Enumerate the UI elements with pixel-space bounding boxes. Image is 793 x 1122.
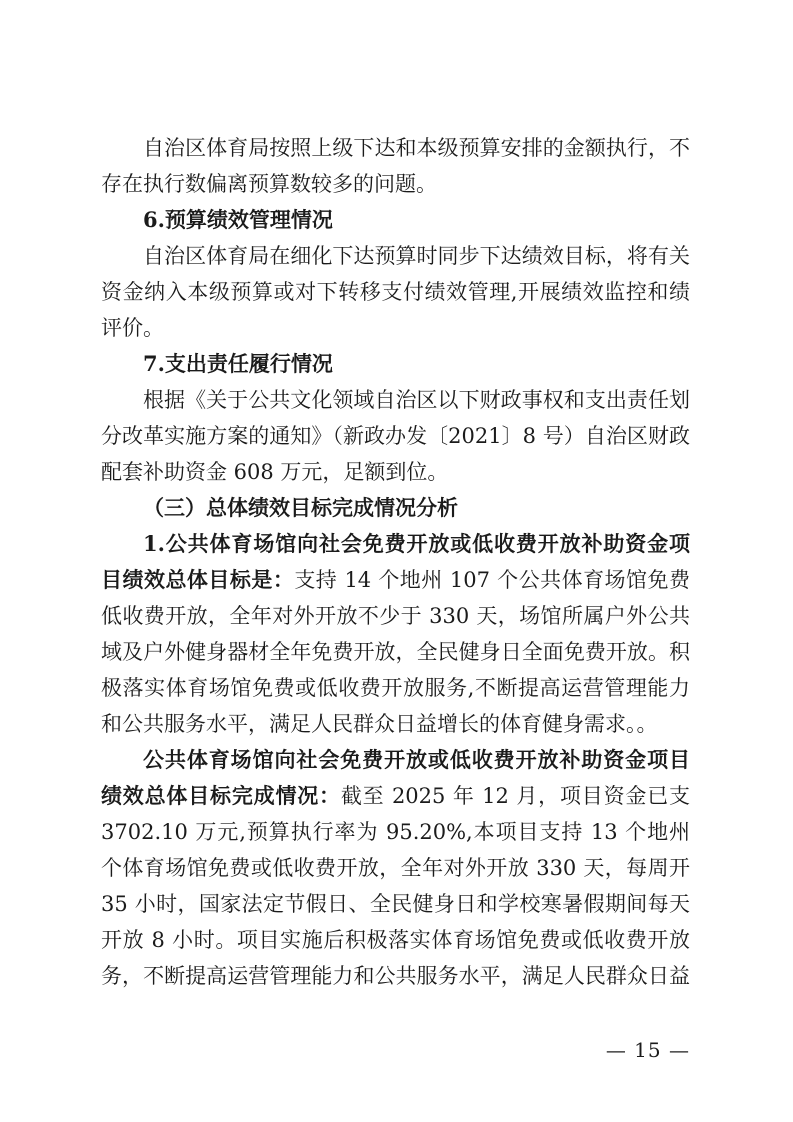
body-text: 资金纳入本级预算或对下转移支付绩效管理,开展绩效监控和绩效 [101,280,690,310]
bold-text: 绩效总体目标完成情况： [101,783,341,808]
body-text: 自治区体育局在细化下达预算时同步下达绩效目标，将有关 [143,244,690,268]
text-line: 分改革实施方案的通知》（新政办发〔2021〕8 号）自治区财政 [101,418,690,454]
body-text: 自治区体育局按照上级下达和本级预算安排的金额执行，不 [143,136,690,160]
text-line: 公共体育场馆向社会免费开放或低收费开放补助资金项目 [101,742,690,778]
body-text: 3702.10 万元,预算执行率为 95.20%,本项目支持 13 个地州市 1… [101,820,690,850]
body-text: 根据《关于公共文化领域自治区以下财政事权和支出责任划 [143,388,690,412]
body-text: 低收费开放，全年对外开放不少于 330 天，场馆所属户外公共区 [101,604,690,634]
bold-text: 1.公共体育场馆向社会免费开放或低收费开放补助资金项 [143,531,690,556]
body-text: 极落实体育场馆免费或低收费开放服务,不断提高运营管理能力 [101,676,690,700]
text-line: 自治区体育局在细化下达预算时同步下达绩效目标，将有关 [101,238,690,274]
document-page: 自治区体育局按照上级下达和本级预算安排的金额执行，不存在执行数偏离预算数较多的问… [0,0,793,1122]
body-text: 配套补助资金 608 万元，足额到位。 [101,460,448,484]
document-body: 自治区体育局按照上级下达和本级预算安排的金额执行，不存在执行数偏离预算数较多的问… [101,130,690,994]
text-line: 配套补助资金 608 万元，足额到位。 [101,454,690,490]
heading-line: 6.预算绩效管理情况 [101,202,690,238]
text-line: 自治区体育局按照上级下达和本级预算安排的金额执行，不 [101,130,690,166]
bold-text: 6.预算绩效管理情况 [143,207,333,232]
text-line: 目绩效总体目标是：支持 14 个地州 107 个公共体育场馆免费或 [101,562,690,598]
text-line: 评价。 [101,310,690,346]
bold-text: 7.支出责任履行情况 [143,351,333,376]
text-line: 35 小时，国家法定节假日、全民健身日和学校寒暑假期间每天 [101,886,690,922]
body-text: 存在执行数偏离预算数较多的问题。 [101,172,437,196]
body-text: 个体育场馆免费或低收费开放，全年对外开放 330 天，每周开放 [101,856,690,886]
body-text: 和公共服务水平，满足人民群众日益增长的体育健身需求。。 [101,712,658,736]
page-number: — 15 — [606,1037,690,1063]
body-text: 开放 8 小时。项目实施后积极落实体育场馆免费或低收费开放服 [101,928,690,958]
text-line: 3702.10 万元,预算执行率为 95.20%,本项目支持 13 个地州市 1… [101,814,690,850]
text-line: 绩效总体目标完成情况：截至 2025 年 12 月，项目资金已支出 [101,778,690,814]
heading-line: （三）总体绩效目标完成情况分析 [101,490,690,526]
text-line: 1.公共体育场馆向社会免费开放或低收费开放补助资金项 [101,526,690,562]
text-line: 开放 8 小时。项目实施后积极落实体育场馆免费或低收费开放服 [101,922,690,958]
heading-line: 7.支出责任履行情况 [101,346,690,382]
bold-text: 公共体育场馆向社会免费开放或低收费开放补助资金项目 [143,747,690,772]
body-text: 35 小时，国家法定节假日、全民健身日和学校寒暑假期间每天 [101,892,690,916]
body-text: 评价。 [101,316,164,340]
text-line: 极落实体育场馆免费或低收费开放服务,不断提高运营管理能力 [101,670,690,706]
bold-text: 目绩效总体目标是： [101,567,294,592]
text-line: 和公共服务水平，满足人民群众日益增长的体育健身需求。。 [101,706,690,742]
text-line: 域及户外健身器材全年免费开放，全民健身日全面免费开放。积 [101,634,690,670]
bold-text: （三）总体绩效目标完成情况分析 [143,495,458,520]
text-line: 资金纳入本级预算或对下转移支付绩效管理,开展绩效监控和绩效 [101,274,690,310]
text-line: 根据《关于公共文化领域自治区以下财政事权和支出责任划 [101,382,690,418]
body-text: 分改革实施方案的通知》（新政办发〔2021〕8 号）自治区财政 [101,424,690,448]
text-line: 低收费开放，全年对外开放不少于 330 天，场馆所属户外公共区 [101,598,690,634]
body-text: 务，不断提高运营管理能力和公共服务水平，满足人民群众日益 [101,964,690,988]
text-line: 务，不断提高运营管理能力和公共服务水平，满足人民群众日益 [101,958,690,994]
text-line: 个体育场馆免费或低收费开放，全年对外开放 330 天，每周开放 [101,850,690,886]
text-line: 存在执行数偏离预算数较多的问题。 [101,166,690,202]
body-text: 域及户外健身器材全年免费开放，全民健身日全面免费开放。积 [101,640,690,664]
